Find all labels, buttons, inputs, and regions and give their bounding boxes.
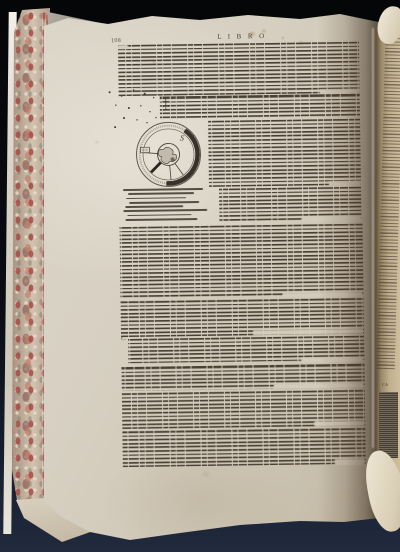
book-photo: 108 L I B R O	[0, 0, 400, 552]
verse-block	[123, 188, 223, 224]
star-dot	[136, 119, 137, 120]
star-dot	[121, 95, 122, 96]
facing-page-top-curl	[375, 5, 400, 46]
verse-line	[125, 205, 183, 207]
star-dot	[128, 107, 130, 109]
star-dot	[146, 122, 147, 123]
star-symbol-icon	[162, 98, 169, 109]
star-dot	[115, 104, 116, 105]
verse-line	[126, 197, 186, 200]
star-dot	[144, 93, 146, 95]
folio-number: 108	[111, 38, 121, 44]
facing-page-strip: CA	[376, 22, 400, 518]
running-title: L I B R O	[211, 32, 273, 41]
hub-figure	[158, 147, 177, 164]
star-dot	[153, 97, 154, 98]
verse-line	[123, 209, 207, 212]
spoke-right	[175, 163, 183, 175]
thick-spoke	[151, 162, 161, 172]
spoke-down	[170, 165, 171, 179]
indent-patch	[118, 45, 128, 49]
verse-line	[125, 218, 197, 221]
page-edge-highlight	[372, 28, 374, 448]
star-dot	[155, 117, 156, 118]
star-dot	[140, 105, 141, 106]
star-field-group	[109, 89, 157, 128]
facing-page-heading: CA	[382, 382, 389, 387]
verse-line	[127, 214, 191, 217]
star-dot	[109, 91, 111, 93]
star-dot	[149, 111, 150, 112]
facing-page-text	[377, 38, 400, 370]
margin-letter: C.	[121, 336, 126, 342]
facing-page-curl	[361, 447, 400, 534]
verse-line	[128, 192, 194, 195]
verse-line	[123, 188, 203, 191]
sector-glyph: S	[180, 133, 185, 142]
verse-line	[129, 201, 199, 204]
book-page: 108 L I B R O	[0, 0, 400, 552]
facing-page-woodcut	[379, 392, 398, 458]
star-dot	[133, 89, 134, 90]
star-dot	[123, 117, 125, 119]
star-dot	[114, 126, 116, 128]
